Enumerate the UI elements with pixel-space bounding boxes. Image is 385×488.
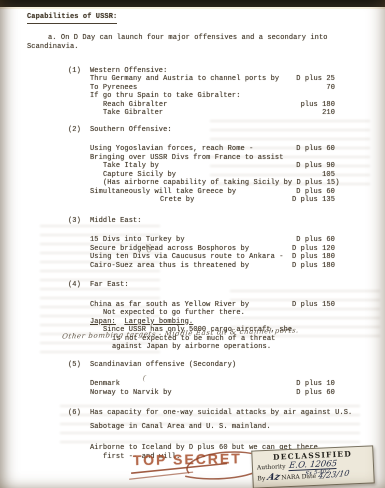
line-row-japan: Japan: Largely bombing. (90, 318, 338, 327)
scan-edge-highlight (0, 7, 385, 9)
d-plus-value: D plus 90 (296, 162, 335, 171)
date-value-handwritten: 4/23/10 (317, 471, 349, 480)
d-plus-value: D plus 10 (296, 380, 335, 389)
strikeout-scribble (127, 444, 272, 487)
section-number: (2) (68, 126, 90, 205)
authority-label: Authority (257, 463, 286, 471)
line-row: Using Yogoslavian forces, reach Rome -D … (90, 145, 338, 154)
reviewer-signature: Az (266, 474, 280, 481)
line-row: Crete byD plus 135 (90, 196, 338, 205)
d-plus-value: D plus 60 (296, 236, 335, 245)
section-3: (3) Middle East: 15 Divs into Turkey byD… (68, 217, 367, 271)
section-number: (3) (68, 217, 90, 271)
by-label: By (257, 475, 265, 482)
section-2: (2) Southern Offensive: Using Yogoslavia… (68, 126, 367, 205)
line-row: DenmarkD plus 10 (90, 380, 338, 389)
section-number: (5) (68, 361, 90, 398)
line-row: Thru Germany and Austria to channel port… (90, 75, 338, 84)
d-plus-value: D plus 60 (296, 389, 335, 398)
line-row: Capture Sicily by105 (90, 171, 338, 180)
paragraph-a-line1: a. On D Day can launch four major offens… (48, 34, 367, 43)
line-row: Bringing over USSR Divs from France to a… (90, 154, 338, 163)
line-row: If go thru Spain to take Gibralter: (90, 92, 338, 101)
line-row: Using ten Divs via Caucusus route to Ank… (90, 253, 338, 262)
d-plus-value: 210 (322, 109, 335, 118)
line-row: 15 Divs into Turkey byD plus 60 (90, 236, 338, 245)
d-plus-value: 70 (326, 84, 335, 93)
section-heading: Far East: (90, 281, 338, 290)
section-number: (6) (68, 409, 90, 461)
d-plus-value: D plus 25 (296, 75, 335, 84)
line-row: Simultaneously will take Greece byD plus… (90, 188, 338, 197)
line-row: Secure bridgehead across Bosphoros byD p… (90, 245, 338, 254)
line-row: Reach Gibralterplus 180 (90, 101, 338, 110)
d-plus-value: D plus 180 (292, 262, 335, 271)
section-heading: Middle East: (90, 217, 338, 226)
section-number: (4) (68, 281, 90, 352)
paragraph-a-line2: Scandinavia. (27, 43, 367, 52)
line-row: (Has airborne capability of taking Sicil… (90, 179, 338, 188)
section-number: (1) (68, 67, 90, 118)
section-5: (5) Scandinavian offensive (Secondary) D… (68, 361, 367, 398)
line-row: Take Gibralter210 (90, 109, 338, 118)
scanned-document-page: Capabilities of USSR: a. On D Day can la… (0, 0, 385, 488)
section-4: (4) Far East: China as far south as Yell… (68, 281, 367, 352)
declassified-stamp: DECLASSIFIED Authority E.O. 12065 Sx 5-4… (251, 445, 375, 488)
line-row: Not expected to go further there. (90, 309, 338, 318)
line-row: against Japan by airborne operations. (90, 343, 338, 352)
line-row: Norway to Narvik byD plus 60 (90, 389, 338, 398)
section-1: (1) Western Offensive: Thru Germany and … (68, 67, 367, 118)
d-plus-value: 105 (322, 171, 335, 180)
d-plus-value: D plus 60 (296, 145, 335, 154)
d-plus-value: D plus 180 (292, 253, 335, 262)
document-body: Capabilities of USSR: a. On D Day can la… (27, 13, 367, 461)
section-heading: Scandinavian offensive (Secondary) (90, 361, 338, 370)
d-plus-value: D plus 120 (292, 245, 335, 254)
document-title: Capabilities of USSR: (27, 13, 117, 24)
line-row: China as far south as Yellow River byD p… (90, 301, 338, 310)
line-row: Has capacity for one-way suicidal attack… (90, 409, 338, 418)
top-secret-stamp: TOP SECRET (133, 450, 266, 482)
line-row: Cairo-Suez area thus is threatened byD p… (90, 262, 338, 271)
section-heading: Western Offensive: (90, 67, 338, 76)
d-plus-value: plus 180 (301, 101, 335, 110)
section-heading: Southern Offensive: (90, 126, 338, 135)
line-row: To Pyrenees70 (90, 84, 338, 93)
line-row: Take Italy byD plus 90 (90, 162, 338, 171)
d-plus-value: D plus 60 (296, 188, 335, 197)
line-row: Sabotage in Canal Area and U. S. mainlan… (90, 423, 338, 432)
d-plus-value: D plus 135 (292, 196, 335, 205)
paragraph-a: a. On D Day can launch four major offens… (27, 34, 367, 52)
d-plus-value: D plus 150 (292, 301, 335, 310)
scan-edge-band (0, 0, 385, 7)
